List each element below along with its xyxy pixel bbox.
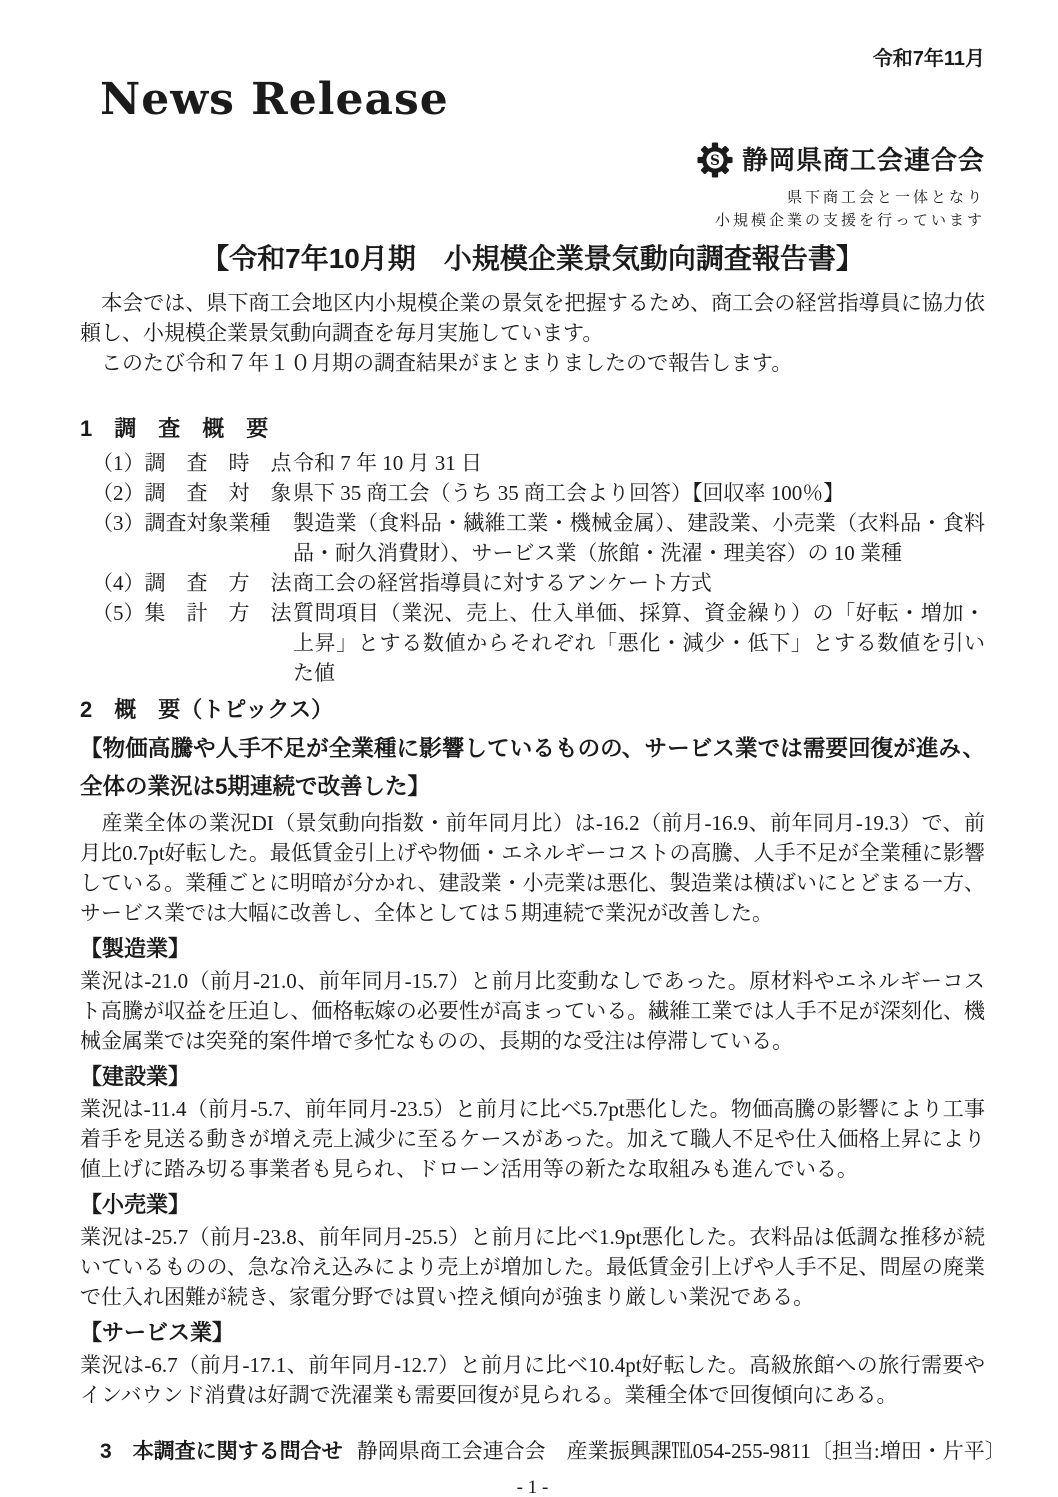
news-release-heading: News Release <box>100 76 985 124</box>
page-number: - 1 - <box>80 1475 985 1497</box>
survey-item-tabulation: （5）集 計 方 法 質問項目（業況、売上、仕入単価、採算、資金繰り）の「好転・… <box>92 598 985 688</box>
tagline-line-1: 県下商工会と一体となり <box>80 186 985 209</box>
industry-paragraph-retail: 業況は-25.7（前月-23.8、前年同月-25.5）と前月に比べ1.9pt悪化… <box>80 1222 985 1312</box>
contact-section: 3 本調査に関する問合せ静岡県商工会連合会 産業振興課℡054-255-9811… <box>100 1436 985 1467</box>
survey-item-value: 県下 35 商工会（うち 35 商工会より回答）【回収率 100％】 <box>293 478 985 508</box>
survey-item-industries: （3）調査対象業種 製造業（食料品・繊維工業・機械金属）、建設業、小売業（衣料品… <box>92 508 985 568</box>
survey-item-value: 令和 7 年 10 月 31 日 <box>293 448 985 478</box>
industry-heading-manufacturing: 【製造業】 <box>80 931 985 966</box>
survey-item-time: （1）調 査 時 点 令和 7 年 10 月 31 日 <box>92 448 985 478</box>
org-name: 静岡県商工会連合会 <box>742 142 985 178</box>
section2-heading: 2 概 要（トピックス） <box>80 695 985 725</box>
issue-date: 令和7年11月 <box>80 46 985 72</box>
survey-item-label: （5）集 計 方 法 <box>92 598 293 688</box>
survey-item-label: （1）調 査 時 点 <box>92 448 293 478</box>
survey-item-target: （2）調 査 対 象 県下 35 商工会（うち 35 商工会より回答）【回収率 … <box>92 478 985 508</box>
tagline-line-2: 小規模企業の支援を行っています <box>80 209 985 232</box>
intro-paragraph-2: このたび令和７年１０月期の調査結果がまとまりましたので報告します。 <box>80 348 985 378</box>
survey-item-label: （2）調 査 対 象 <box>92 478 293 508</box>
gear-logo-icon: S <box>697 142 733 178</box>
org-header: S 静岡県商工会連合会 <box>80 142 985 178</box>
industry-paragraph-service: 業況は-6.7（前月-17.1、前年同月-12.7）と前月に比べ10.4pt好転… <box>80 1350 985 1410</box>
survey-item-value: 商工会の経営指導員に対するアンケート方式 <box>293 568 985 598</box>
contact-info: 静岡県商工会連合会 産業振興課℡054-255-9811〔担当:増田・片平〕 <box>357 1439 1006 1463</box>
intro-block: 本会では、県下商工会地区内小規模企業の景気を把握するため、商工会の経営指導員に協… <box>80 288 985 378</box>
industry-paragraph-manufacturing: 業況は-21.0（前月-21.0、前年同月-15.7）と前月比変動なしであった。… <box>80 966 985 1056</box>
section3-heading: 3 本調査に関する問合せ <box>100 1440 343 1463</box>
survey-item-method: （4）調 査 方 法 商工会の経営指導員に対するアンケート方式 <box>92 568 985 598</box>
survey-item-value: 製造業（食料品・繊維工業・機械金属）、建設業、小売業（衣料品・食料品・耐久消費財… <box>293 508 985 568</box>
survey-item-label: （3）調査対象業種 <box>92 508 293 568</box>
survey-item-label: （4）調 査 方 法 <box>92 568 293 598</box>
report-title: 【令和7年10月期 小規模企業景気動向調査報告書】 <box>80 242 985 276</box>
industry-heading-construction: 【建設業】 <box>80 1059 985 1094</box>
survey-overview-list: （1）調 査 時 点 令和 7 年 10 月 31 日 （2）調 査 対 象 県… <box>92 448 985 688</box>
org-tagline: 県下商工会と一体となり 小規模企業の支援を行っています <box>80 186 985 232</box>
survey-item-value: 質問項目（業況、売上、仕入単価、採算、資金繰り）の「好転・増加・上昇」とする数値… <box>293 598 985 688</box>
document-page: 令和7年11月 News Release S 静岡県商工会連合 <box>0 0 1058 1497</box>
industry-heading-retail: 【小売業】 <box>80 1187 985 1222</box>
industry-paragraph-construction: 業況は-11.4（前月-5.7、前年同月-23.5）と前月に比べ5.7pt悪化し… <box>80 1094 985 1184</box>
section1-heading: 1 調 査 概 要 <box>80 414 985 444</box>
overall-summary-paragraph: 産業全体の業況DI（景気動向指数・前年同月比）は-16.2（前月-16.9、前年… <box>80 808 985 928</box>
svg-text:S: S <box>710 153 720 169</box>
industry-heading-service: 【サービス業】 <box>80 1315 985 1350</box>
topic-headline: 【物価高騰や人手不足が全業種に影響しているものの、サービス業では需要回復が進み、… <box>80 730 985 806</box>
intro-paragraph-1: 本会では、県下商工会地区内小規模企業の景気を把握するため、商工会の経営指導員に協… <box>80 288 985 348</box>
